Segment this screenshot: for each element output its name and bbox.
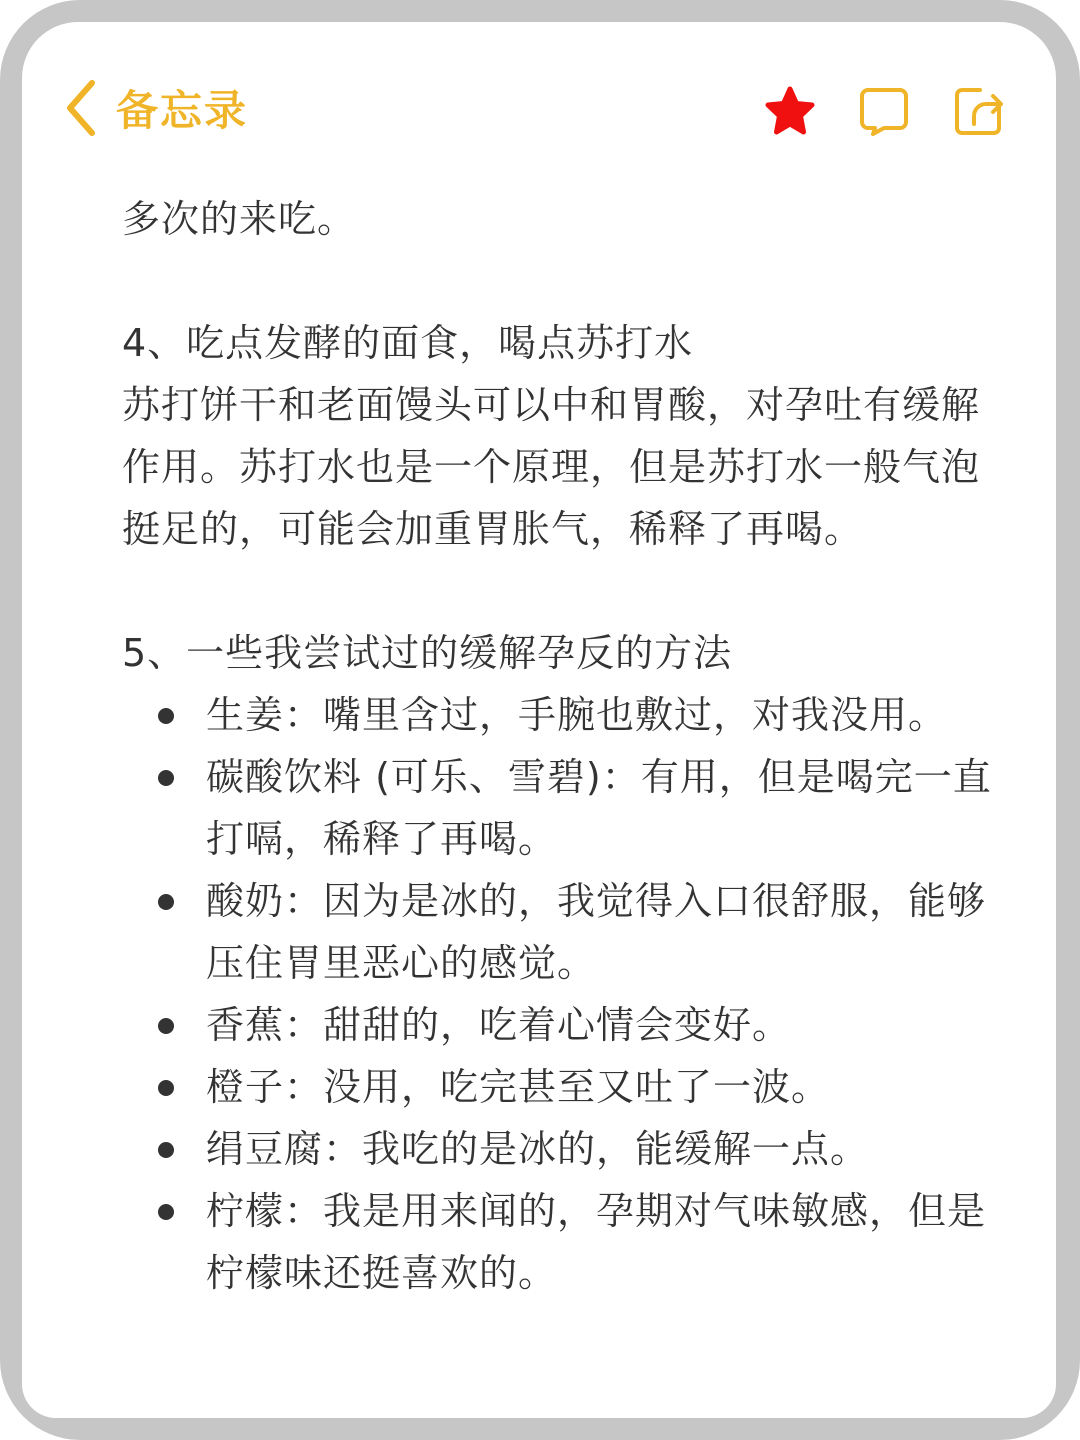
blank-line xyxy=(122,250,1002,312)
bullet-icon xyxy=(158,1080,174,1096)
back-label: 备忘录 xyxy=(116,78,248,138)
bullet-icon xyxy=(158,1142,174,1158)
bullet-icon xyxy=(158,770,174,786)
chevron-left-icon xyxy=(62,79,100,137)
nav-actions xyxy=(762,84,1006,140)
bullet-icon xyxy=(158,1018,174,1034)
bullet-icon xyxy=(158,1204,174,1220)
bullet-icon xyxy=(158,894,174,910)
remedies-list: 生姜：嘴里含过，手腕也敷过，对我没用。 碳酸饮料 (可乐、雪碧)：有用，但是喝完… xyxy=(122,684,1002,1304)
list-item: 生姜：嘴里含过，手腕也敷过，对我没用。 xyxy=(122,684,1002,746)
list-item-text: 橙子：没用，吃完甚至又吐了一波。 xyxy=(206,1065,830,1109)
back-button[interactable]: 备忘录 xyxy=(62,78,248,138)
section-5-heading: 5、一些我尝试过的缓解孕反的方法 xyxy=(122,622,1002,684)
list-item-text: 绢豆腐：我吃的是冰的，能缓解一点。 xyxy=(206,1127,869,1171)
list-item: 柠檬：我是用来闻的，孕期对气味敏感，但是柠檬味还挺喜欢的。 xyxy=(122,1180,1002,1304)
star-icon[interactable] xyxy=(762,84,818,140)
list-item: 碳酸饮料 (可乐、雪碧)：有用，但是喝完一直打嗝，稀释了再喝。 xyxy=(122,746,1002,870)
section-4-heading: 4、吃点发酵的面食，喝点苏打水 xyxy=(122,312,1002,374)
list-item: 酸奶：因为是冰的，我觉得入口很舒服，能够压住胃里恶心的感觉。 xyxy=(122,870,1002,994)
list-item-text: 生姜：嘴里含过，手腕也敷过，对我没用。 xyxy=(206,693,947,737)
blank-line xyxy=(122,560,1002,622)
share-icon[interactable] xyxy=(950,84,1006,140)
list-item: 橙子：没用，吃完甚至又吐了一波。 xyxy=(122,1056,1002,1118)
notes-screen: 备忘录 xyxy=(22,22,1056,1418)
list-item: 香蕉：甜甜的，吃着心情会变好。 xyxy=(122,994,1002,1056)
list-item: 绢豆腐：我吃的是冰的，能缓解一点。 xyxy=(122,1118,1002,1180)
list-item-text: 柠檬：我是用来闻的，孕期对气味敏感，但是柠檬味还挺喜欢的。 xyxy=(206,1189,986,1295)
device-frame: 备忘录 xyxy=(0,0,1080,1440)
bullet-icon xyxy=(158,708,174,724)
section-4-body: 苏打饼干和老面馒头可以中和胃酸，对孕吐有缓解作用。苏打水也是一个原理，但是苏打水… xyxy=(122,374,1002,560)
note-intro-text: 多次的来吃。 xyxy=(122,188,1002,250)
list-item-text: 碳酸饮料 (可乐、雪碧)：有用，但是喝完一直打嗝，稀释了再喝。 xyxy=(206,755,992,861)
comment-icon[interactable] xyxy=(856,84,912,140)
navigation-bar: 备忘录 xyxy=(22,22,1056,182)
list-item-text: 酸奶：因为是冰的，我觉得入口很舒服，能够压住胃里恶心的感觉。 xyxy=(206,879,986,985)
note-body[interactable]: 多次的来吃。 4、吃点发酵的面食，喝点苏打水 苏打饼干和老面馒头可以中和胃酸，对… xyxy=(122,188,1002,1304)
list-item-text: 香蕉：甜甜的，吃着心情会变好。 xyxy=(206,1003,791,1047)
